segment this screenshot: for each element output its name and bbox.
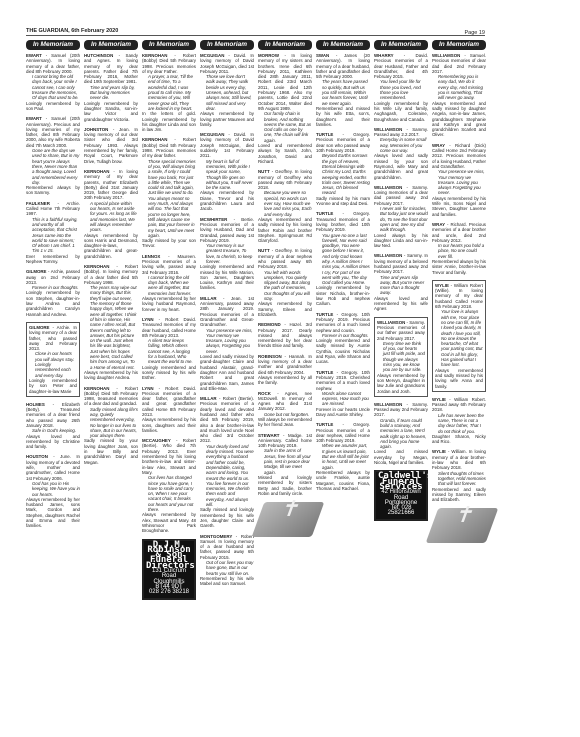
notice-text: GILMORE - Archie. In loving memory of a … [29,325,77,351]
notice-verse: You left with words unspoken, You quietl… [258,270,312,302]
notice-signoff: Ever remembered by Nephew Tommy. [26,254,80,265]
notice-text: MORROW - In loving memory of my sisters … [258,53,312,111]
notice-signoff: Lovingly remembered and sorely missed by… [142,365,196,381]
notice-signoff: Always remembered by his Wife Iris, Sons… [432,196,486,217]
notice-signoff: Always remembered by son Mervyn, daughte… [377,373,425,394]
notice-text: WILLIAMSON - Sammy. Passed away 2.2.2017… [374,127,428,138]
notice-verse: The years have passed so quickly, But wi… [316,79,370,105]
notice-text: LYNN - Robert David. Treasured memories … [142,317,196,338]
notice-verse: Safe in the arms of Jesus, free from all… [258,448,312,474]
notice-verse: I cannot bring the old days back, When w… [142,275,196,296]
column: In MemoriamSWAN - James (20 Anniversary)… [316,40,370,737]
notice-signoff: Remembered always by his sister Annie, b… [432,259,486,275]
notice-signoff: Lovingly remembered by sister Nichola, b… [316,285,370,306]
column: In MemoriamHUTCHINSON - Sandy and Agnes.… [84,40,138,737]
notice-verse: In our hearts you hold a place, No one c… [432,243,486,259]
section-header: In Memoriam [374,40,428,50]
notice-verse: Your presence we miss, Your memory we tr… [200,328,254,354]
notice-verse: The years may wipe out many things, But … [84,285,138,370]
notice-signoff: Always remembered by his sons, daughters… [142,417,196,433]
notice-surname: LYNN [142,386,159,391]
funeral-services-ad: Caldwell'sFuneralServices42 Hiltonstown … [374,470,428,520]
notice-surname: MILLAR [200,396,219,401]
notice-surname: GILMORE [29,325,52,330]
notice-text: LYNN - Robert David. Precious memories o… [142,386,196,418]
notice-entry: WILLIAMSON - Sammy. In loving memory of … [374,253,428,311]
notice-entry: ROBINSON - Hannah. In loving memory of a… [258,354,312,386]
notice-verse: Your dearly loved and dearly missed. You… [200,444,254,508]
notice-entry: MCGUIGAN - David. In loving memory of Da… [200,132,254,211]
ad-phone: 028 276 38218 [146,590,192,595]
notice-signoff: Will always be remembered by her friend … [258,417,312,428]
notice-entry: LENNOX - Maureen. Precious memories of a… [142,254,196,312]
notice-text: KERNOHAN - In loving memory of my dear p… [84,169,138,201]
notice-signoff: Sadly missed by his mam Yvonne and step … [316,196,370,207]
notice-body: - Sandy and Agnes. In loving memory of m… [84,53,138,84]
notice-surname: WILLIAMSON [374,402,407,407]
notice-entry: TURTLE - Gregory. Treasured memories of … [316,211,370,306]
notice-verse: Those we love don't walk away, They walk… [200,74,254,111]
notice-text: HOUSTON - June. In loving memory of a de… [26,454,80,480]
notice-surname: HUTCHINSON [84,53,119,58]
notice-text: TURTLE - Gregory. Precious memories of a… [316,422,370,443]
notice-signoff: Lovingly remembered by daughter Sandra, … [84,101,138,122]
columns-container: In MemoriamEWART - Samuel (20th Annivers… [26,40,485,737]
notice-surname: MCGUIGAN [200,53,228,58]
notice-surname: EWART [26,116,46,121]
notice-text: MILLAR - Robert (Bertie). Precious memor… [200,396,254,444]
notice-signoff: Remembered by his wife Mabel and son Sam… [200,576,254,587]
funeral-services-ad: D.J.M.Robinson & SonFuneral Directors131… [142,539,196,600]
notice-surname: WILLIAMSON [374,253,404,258]
notice-signoff: Remembered and sadly missed by Sammy, Ei… [432,487,486,503]
notice-surname: WRAY [432,143,449,148]
notice-entry: WILLIAMSON - Sammy. Passed away 2nd Febr… [374,402,428,466]
notice-signoff: Always remembered by Diane, Trevor and h… [200,190,254,211]
notice-text: MONTGOMERY - Robert Samuel. In loving me… [200,534,254,560]
notice-signoff: Always loved and sadly missed by your so… [374,153,428,179]
notice-entry: FAULKNER - Archie. Called Home 7th Febru… [26,201,80,265]
notice-signoff: Loved and remembered always by Sarah, Jo… [258,143,312,164]
notice-verse: Time and years slip by, But loving memor… [84,85,138,101]
notice-entry: STEWART - Madge. 1st Anniversary. Called… [258,433,312,497]
notice-text: ROCK - Agnes, nee McDowell. In memory of… [258,391,312,412]
notice-signoff: Missed and lovingly remembered by sister… [258,475,312,496]
notice-signoff: Always remembered by sons Harris and Des… [84,233,138,259]
notice-body: - Robert David. Precious memories of a d… [142,386,196,417]
notice-signoff: Always remembered by loving partner Maur… [200,111,254,127]
notice-entry: TURTLE - Gregory. 10th February 2019. Ch… [316,370,370,418]
notice-verse: Gone are the days we used to share, But … [26,148,80,185]
notice-verse: This is a faithful saying, and worthy of… [26,217,80,254]
notice-verse: Your presence we miss, Your memory we tr… [432,169,486,195]
notice-surname: SWAN [316,53,336,58]
notice-signoff: Sadly missed by your loving daughter Joa… [84,438,138,464]
notice-signoff: Lovingly remembered and missed by his Wi… [200,264,254,290]
notice-surname: KERNOHAN [84,386,116,391]
notice-surname: MCGUIGAN [200,132,228,137]
masthead: THE GUARDIAN, 6th February 2020 [26,28,485,36]
notice-verse: Every time we think of you, our hearts j… [377,341,425,373]
notice-signoff: Always remembered by his loving daughter… [84,370,138,381]
notice-text: MILLAR - Jean. 1st Anniversary, passed a… [200,296,254,328]
notice-entry: KERNOHAN - Robert (Bobby) Died 5th Febru… [84,386,138,465]
notice-verse: Because you were so special, No words ca… [258,190,312,216]
notice-signoff: Lovingly remembered and sadly missed by … [316,338,370,364]
notice-surname: WYLIE [432,449,448,454]
notice-entry: WILLIAMSON - Sammy. Precious memories of… [374,317,428,397]
notice-verse: Your memory is our greatest treasure, To… [200,243,254,264]
notice-entry: WILLIAMSON - Samuel. Precious memories o… [432,53,486,138]
notice-surname: KERNOHAN [84,169,113,174]
notice-body: - Robert (Bertie). Precious memories of … [200,396,254,443]
notice-signoff: Always remembered by her loving husband … [142,296,196,312]
notice-entry: NUTT - Geoffrey. In loving memory of a d… [258,248,312,317]
notice-text: WRAY - Richard. Precious memories of a d… [432,222,486,243]
notice-verse: Time and years slip away, But you're nev… [374,275,428,296]
notice-text: SWAN - James (20 Anniversary). In loving… [316,53,370,79]
notice-surname: HOLMES [26,402,53,407]
notice-entry: MILLAR - Robert (Bertie). Precious memor… [200,396,254,528]
notice-surname: MILLAR [200,296,223,301]
notice-signoff: Always remembered and sadly missed by da… [432,101,486,138]
notice-signoff: Daughter Sharon, Nicky and Rico. [432,434,486,445]
notice-surname: KERNOHAN [142,53,174,58]
notice-signoff: In the letters of gold. Lovingly remembe… [142,111,196,132]
notice-signoff: Loved and missed everyday by Megan, Nico… [374,449,428,465]
notice-entry: LYNN - Robert David. Precious memories o… [142,386,196,434]
notice-text: WILLIAMSON - Sammy. In loving memory of … [374,253,428,274]
notice-signoff: Always remembered and sadly missed by hi… [258,217,312,243]
notice-text: WYLIE - William Robert. Passed away 6th … [432,397,486,413]
section-header: In Memoriam [142,40,196,50]
notice-entry: WYLIE - William Robert. Passed away 6th … [432,397,486,445]
notice-signoff: Always remembered by Alex, Stewart and M… [142,512,196,533]
column: In MemoriamWILLIAMSON - Samuel. Precious… [432,40,486,737]
notice-text: MCGUIGAN - David. In loving memory of Da… [200,53,254,74]
notice-entry: SWAN - James (20 Anniversary). In loving… [316,53,370,127]
notice-signoff: Always remembered by her husband James, … [26,497,80,529]
notice-signoff: Remembered always by son Sammy. [26,185,80,196]
notice-verse: Silent thoughts of times together, Hold … [432,471,486,487]
notice-entry: MORROW - In loving memory of my sisters … [258,53,312,164]
notice-verse: You lived your life for those you loved,… [374,79,428,100]
notice-entry: MCCAUGHEY - Robert (Bertie). Who died 7t… [142,438,196,533]
notice-surname: KERNOHAN [84,264,116,269]
notice-surname: GILMORE [26,269,48,274]
notice-surname: WILLIAMSON [374,127,407,132]
notice-entry: HOUSTON - June. In loving memory of a de… [26,454,80,528]
notice-text: TURTLE - Gregory. Precious memories of a… [316,132,370,153]
notice-text: KERNOHAN - Robert (Bobby) Died 5th Febru… [142,137,196,158]
notice-text: WILLIAMSON - Sammy. Passed away 2nd Febr… [374,402,428,418]
newspaper-title: THE GUARDIAN, 6th February 2020 [26,28,118,34]
notice-entry: MILLAR - Jean. 1st Anniversary, passed a… [200,296,254,391]
notice-text: KERNOHAN - Robert (Bobby) Died 5th Febru… [142,53,196,74]
notice-signoff: Always loved and remembered by his wife … [374,296,428,312]
notice-entry: TURTLE - Gregory. Precious memories of a… [316,132,370,206]
notice-signoff: Lovingly remembered by his Wife Lily and… [374,101,428,122]
notice-entry: KERNOHAN - Robert (Bobby) Died 5th Febru… [142,137,196,248]
notice-text: LENNOX - Maureen. Precious memories of a… [142,254,196,275]
notice-entry: EWART - Samuel (20th Anniversary). In lo… [26,53,80,111]
notice-text: REDMOND - Hazel. 3rd February 2017. Dear… [258,322,312,348]
notice-verse: When we asunder part, It gives us inward… [316,443,370,469]
notice-entry: KERNOHAN - Robert (Bobby) Died 5th Febru… [142,53,196,132]
notice-surname: ROBINSON [258,354,285,359]
notice-body: - Jean. In loving memory of our dear Sis… [84,127,138,164]
notice-surname: NUTT [258,248,272,253]
notice-text: TURTLE - Gregory. 10th February 2019. Pr… [316,312,370,333]
notice-text: TURTLE - Gregory. 10th February 2019. Ch… [316,370,370,391]
notice-entry: LYNN - Robert David. Treasured memories … [142,317,196,381]
notice-surname: TURTLE [316,132,343,137]
ad-phone: Tel: 028 25821666 [378,506,424,517]
notice-text: MCWHIRTER - Bertie. Precious memories of… [200,217,254,243]
notice-entry: WRAY - Richard (Dick) Called Home 2nd Fe… [432,143,486,217]
notice-verse: God has you in His keeping, We have you … [26,481,80,497]
notice-surname: TURTLE [316,211,343,216]
notice-entry: REDMOND - Hazel. 3rd February 2017. Dear… [258,322,312,348]
notice-entry: KERNOHAN - In loving memory of my dear p… [84,169,138,259]
section-header: In Memoriam [316,40,370,50]
notice-text: WILLIAMSON - Sammy. Precious memories of… [377,320,425,341]
section-header: In Memoriam [258,40,312,50]
notice-text: FAULKNER - Archie. Called Home 7th Febru… [26,201,80,217]
notice-verse: Our family chain is broken, And nothing … [258,111,312,143]
notice-surname: WYLIE [435,283,451,288]
notice-body: - In loving memory of my dear parents, m… [84,169,138,200]
notice-verse: Your love is always with me, Your place … [435,309,483,367]
notice-signoff: Lovingly remembered by son Stephen, daug… [26,290,80,316]
notice-entry: MONTGOMERY - Robert Samuel. In loving me… [200,534,254,587]
notice-verse: Beyond Earths sorrows the joys of Heaven… [316,153,370,195]
notice-verse: Safe in God's keeping. [26,428,80,433]
notice-entry: GILMORE - Archie. In loving memory of a … [26,322,80,397]
notice-text: HOLMES - Elizabeth (Betty). Treasured me… [26,402,80,428]
notice-verse: Words alone cannot express, How much you… [316,391,370,407]
notice-verse: Everyday in some small way, Memories of … [374,137,428,153]
notice-verse: You gave no one a last farewell, Nor eve… [316,233,370,286]
notice-text: WHARRY - David. Precious memories of a d… [374,53,428,79]
notice-surname: TURTLE [316,422,343,427]
notice-entry: MCGUIGAN - David. In loving memory of Da… [200,53,254,127]
notice-text: NUTT - Geoffrey. In loving memory of Geo… [258,169,312,190]
notice-text: HUTCHINSON - Sandy and Agnes. In loving … [84,53,138,85]
notice-surname: MCWHIRTER [200,217,234,222]
notice-text: GILMORE - Archie, passed away on 2nd Feb… [26,269,80,285]
notice-signoff: Remembered and missed by his wife Etta, … [316,106,370,127]
notice-text: WYLIE - William. In loving memory of a d… [432,449,486,470]
notice-surname: MORROW [258,53,284,58]
notice-text: WRAY - Richard (Dick) Called Home 2nd Fe… [432,143,486,169]
notice-verse: Granda, if tears could build a stairway,… [374,418,428,450]
notice-signoff: Always remembered by Sammy, Eileen and E… [258,301,312,317]
section-header: In Memoriam [26,40,80,50]
notice-signoff: Loved always by his daughter Linda and s… [374,233,428,249]
notice-surname: WRAY [432,222,447,227]
notice-surname: TURTLE [316,312,337,317]
notice-surname: KERNOHAN [142,137,174,142]
notice-body: - Samuel (20th Anniversary). Precious an… [26,116,80,147]
notice-surname: MONTGOMERY [200,534,236,539]
notice-verse: A silent tear keeps falling, Which other… [142,338,196,364]
notice-surname: EWART [26,53,46,58]
notice-verse: Close in our hearts you will always stay… [29,351,77,377]
notice-verse: Remembering you is easy dad, We do it ev… [432,74,486,100]
ad-address: 42 Hiltonstown Road Portglenone [378,490,424,506]
notice-verse: Our lives has changed since you have gon… [142,475,196,512]
notice-entry: WRAY - Richard. Precious memories of a d… [432,222,486,275]
notice-surname: LENNOX [142,254,168,259]
notice-text: NUTT - Geoffrey. In loving memory of a d… [258,248,312,269]
notice-surname: WILLIAMSON [377,320,407,325]
notice-text: STEWART - Madge. 1st Anniversary. Called… [258,433,312,449]
notice-signoff: Lovingly remembered by son Peter and dau… [29,378,77,394]
notice-text: KERNOHAN - Robert (Bobby) Died 5th Febru… [84,386,138,407]
notice-verse: Sadly missed along life's way, Quietly r… [84,407,138,439]
notice-entry: WILLIAMSON - Sammy. Loving memories of a… [374,185,428,249]
notice-entry: GILMORE - Archie, passed away on 2nd Feb… [26,269,80,317]
notice-entry: KERNOHAN - Robert (Bobby). In loving mem… [84,264,138,381]
notice-surname: WILLIAMSON [432,53,464,58]
notice-surname: FAULKNER [26,201,58,206]
ad-address: 131 Culcrum Road Cloughmills BT44 9DT [146,569,192,590]
notice-text: TURTLE - Gregory. Treasured memories of … [316,211,370,232]
notice-entry: WHARRY - David. Precious memories of a d… [374,53,428,122]
notice-text: JOHNSTON - Jean. In loving memory of our… [84,127,138,164]
notice-signoff: Always remembered and sadly missed by hi… [435,368,483,389]
bible-cross-icon [426,508,499,543]
notice-surname: NUTT [258,169,272,174]
notice-body: - In loving memory of my sisters and bro… [258,53,312,111]
notice-signoff: Sadly missed by your son Trevor. [142,238,196,249]
section-header: In Memoriam [84,40,138,50]
notice-verse: Those special memories of you, Will alwa… [142,159,196,238]
notice-signoff: Always loved and remembered by Christine… [26,434,80,450]
notice-text: WILLIAMSON - Samuel. Precious memories o… [432,53,486,74]
notice-signoff: Loved and sadly missed by grand-daughter… [200,354,254,391]
column: In MemoriamWHARRY - David. Precious memo… [374,40,428,737]
notice-verse: I never ask for miracles, But today just… [374,206,428,232]
notice-text: EWART - Samuel (20th Anniversary). In lo… [26,53,80,74]
notice-verse: Out of our lives you may have gone, But … [200,560,254,576]
notice-surname: JOHNSTON [84,127,113,132]
notice-entry: ROCK - Agnes, nee McDowell. In memory of… [258,391,312,428]
section-header: In Memoriam [432,40,486,50]
notice-surname: REDMOND [258,322,284,327]
notice-surname: WILLIAMSON [374,185,407,190]
notice-verse: I cannot bring the old days back, your s… [26,74,80,100]
notice-text: MCGUIGAN - David. In loving memory of Da… [200,132,254,158]
notice-text: WYLIE - William Robert (Willie). In lovi… [435,283,483,309]
column: In MemoriamEWART - Samuel (20th Annivers… [26,40,80,737]
notice-surname: ROCK [258,391,277,396]
notice-signoff: Remembered always by uncle Frankie, aunt… [316,470,370,491]
notice-signoff: Always remembered by all the family. [258,375,312,386]
notice-entry: HUTCHINSON - Sandy and Agnes. In loving … [84,53,138,122]
notice-surname: WHARRY [374,53,404,58]
notice-signoff: Lovingly remembered by son Paul. [26,101,80,112]
notice-entry: EWART - Samuel (20th Anniversary). Preci… [26,116,80,195]
notice-text: WILLIAMSON - Sammy. Loving memories of a… [374,185,428,206]
notice-verse: A special place within our hearts, Is se… [84,201,138,233]
page-number: Page 19 [465,30,486,36]
notice-surname: HOUSTON [26,454,53,459]
notice-text: ROBINSON - Hannah. In loving memory of a… [258,354,312,375]
notice-verse: Life has never been the same, There is n… [432,413,486,434]
notice-verse: My heart is full of memories, With pride… [200,159,254,191]
notice-text: KERNOHAN - Robert (Bobby). In loving mem… [84,264,138,285]
section-header: In Memoriam [200,40,254,50]
notice-surname: LYNN [142,317,159,322]
notice-body: - Robert (Bertie). Who died 7th February… [142,438,196,475]
notice-surname: MCCAUGHEY [142,438,176,443]
bible-cross-icon [252,502,325,537]
notice-text: MCCAUGHEY - Robert (Bertie). Who died 7t… [142,438,196,475]
notice-signoff: Forever in our hearts Uncle Davy and Aun… [316,407,370,418]
notice-text: EWART - Samuel (20th Anniversary). Preci… [26,116,80,148]
notice-entry: HOLMES - Elizabeth (Betty). Treasured me… [26,402,80,450]
notice-body: - Jean. 1st Anniversary, passed away 28t… [200,296,254,327]
notice-entry: JOHNSTON - Jean. In loving memory of our… [84,127,138,164]
notice-signoff: Sadly missed and lovingly remembered by … [200,507,254,528]
notice-entry: WYLIE - William. In loving memory of a d… [432,449,486,502]
column: In MemoriamKERNOHAN - Robert (Bobby) Die… [142,40,196,737]
column: In MemoriamMCGUIGAN - David. In loving m… [200,40,254,737]
notice-entry: WILLIAMSON - Sammy. Passed away 2.2.2017… [374,127,428,180]
notice-entry: NUTT - Geoffrey. In loving memory of Geo… [258,169,312,243]
column: In MemoriamMORROW - In loving memory of … [258,40,312,737]
notice-entry: TURTLE - Gregory. 10th February 2019. Pr… [316,312,370,365]
notice-entry: MCWHIRTER - Bertie. Precious memories of… [200,217,254,291]
notice-verse: A prayer, a tear, Till the end of time, … [142,74,196,111]
notice-entry: TURTLE - Gregory. Precious memories of a… [316,422,370,491]
notice-surname: TURTLE [316,370,337,375]
notice-surname: WYLIE [432,397,449,402]
notice-surname: STEWART [258,433,283,438]
notice-entry: WYLIE - William Robert (Willie). In lovi… [432,280,486,392]
